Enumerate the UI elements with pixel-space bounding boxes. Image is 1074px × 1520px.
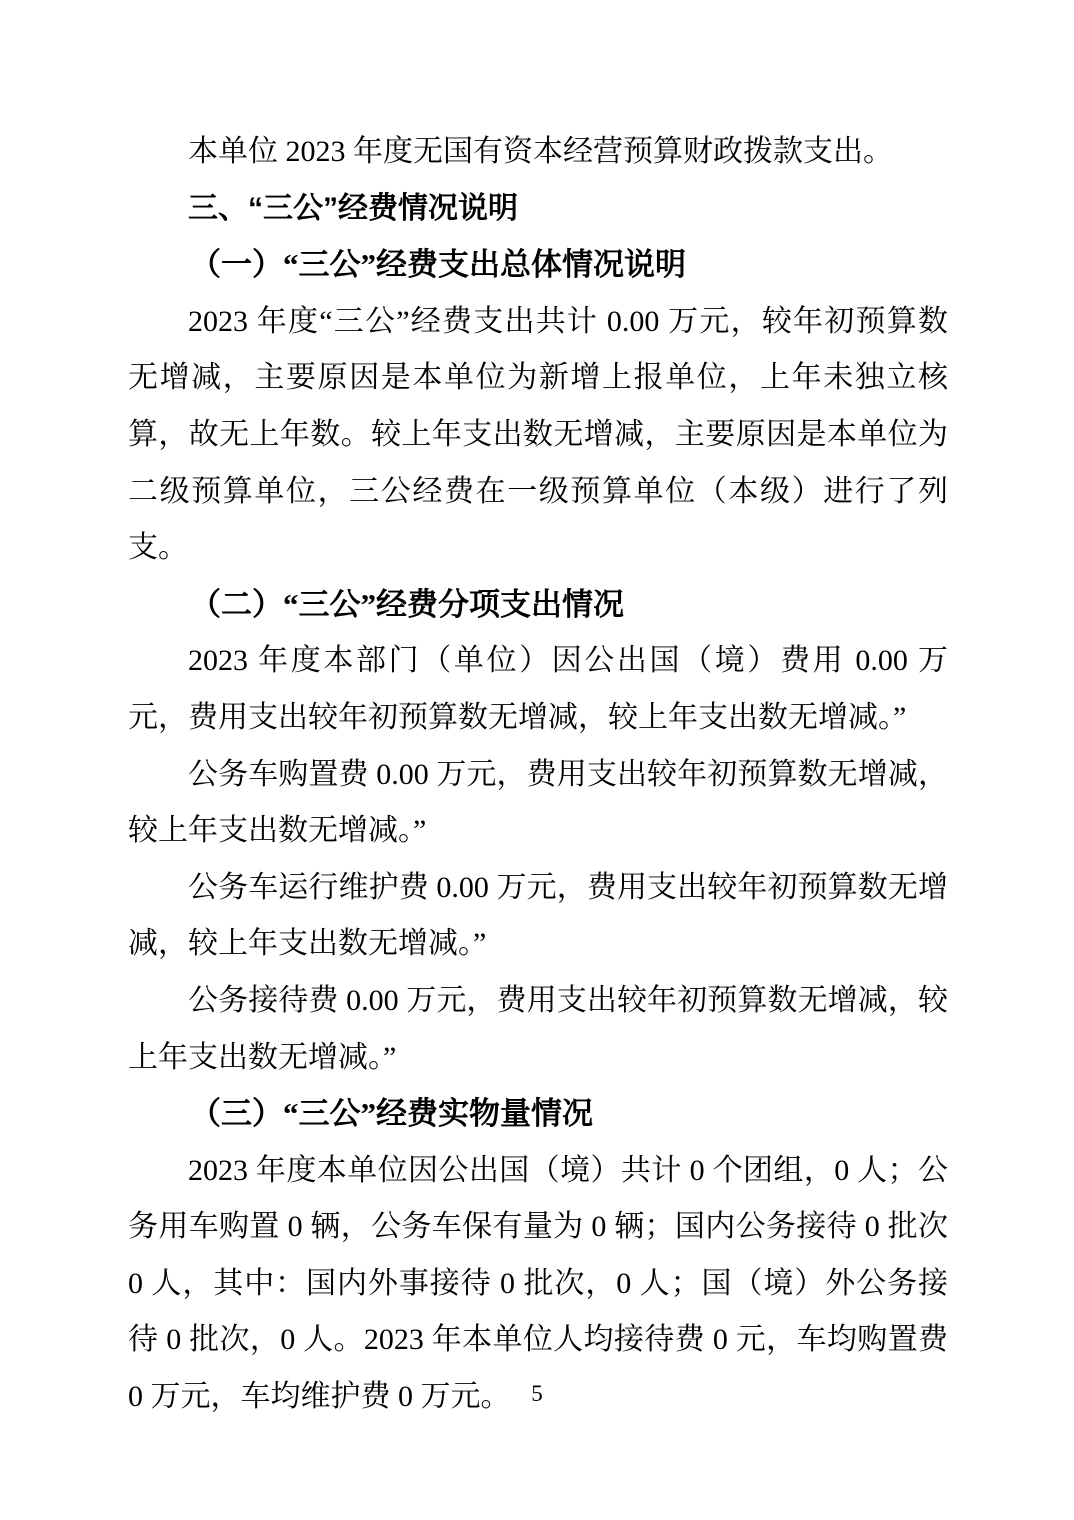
subheading-physical-quantity: （三）“三公”经费实物量情况	[128, 1086, 948, 1143]
page-content: 本单位 2023 年度无国有资本经营预算财政拨款支出。 三、“三公”经费情况说明…	[128, 0, 948, 1426]
heading-section-three-public-expenses: 三、“三公”经费情况说明	[128, 181, 948, 238]
paragraph-vehicle-maintenance-expense: 公务车运行维护费 0.00 万元，费用支出较年初预算数无增减，较上年支出数无增减…	[128, 860, 948, 973]
document-page: 本单位 2023 年度无国有资本经营预算财政拨款支出。 三、“三公”经费情况说明…	[0, 0, 1074, 1520]
paragraph-no-state-capital-expense: 本单位 2023 年度无国有资本经营预算财政拨款支出。	[128, 124, 948, 181]
paragraph-overall-expense-detail: 2023 年度“三公”经费支出共计 0.00 万元，较年初预算数无增减，主要原因…	[128, 294, 948, 577]
paragraph-overseas-travel-expense: 2023 年度本部门（单位）因公出国（境）费用 0.00 万元，费用支出较年初预…	[128, 633, 948, 746]
subheading-itemized-expense: （二）“三公”经费分项支出情况	[128, 577, 948, 634]
subheading-overall-expense-explanation: （一）“三公”经费支出总体情况说明	[128, 237, 948, 294]
paragraph-vehicle-purchase-expense: 公务车购置费 0.00 万元，费用支出较年初预算数无增减，较上年支出数无增减。”	[128, 747, 948, 860]
page-number: 5	[0, 1381, 1074, 1407]
paragraph-official-reception-expense: 公务接待费 0.00 万元，费用支出较年初预算数无增减，较上年支出数无增减。”	[128, 973, 948, 1086]
